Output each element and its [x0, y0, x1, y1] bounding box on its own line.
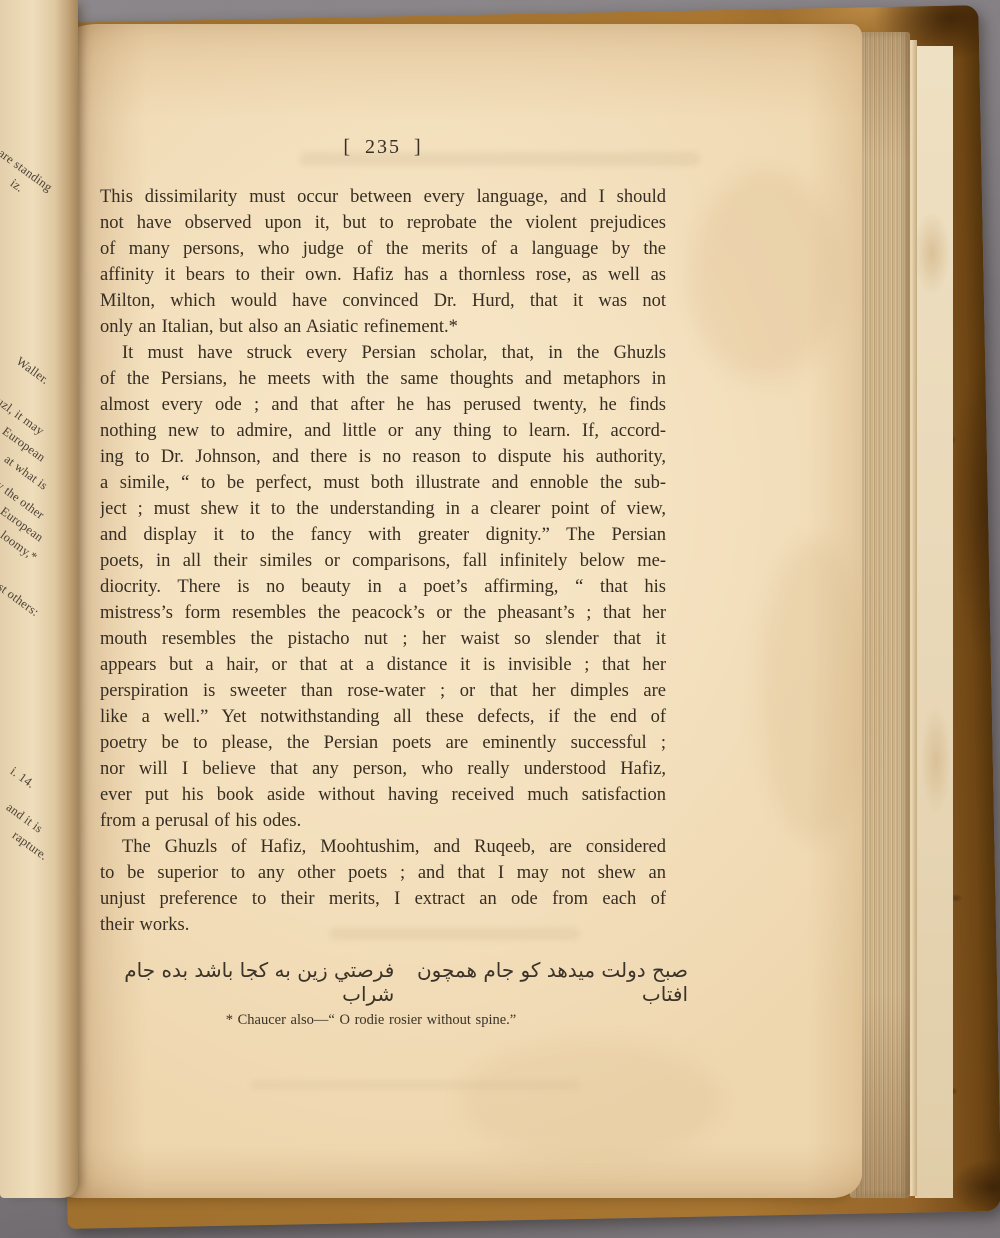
text-line: nothing new to admire, and little or any… [100, 418, 666, 444]
facing-page-text-fragment: and it is [3, 800, 45, 836]
text-line: The Ghuzls of Hafiz, Moohtushim, and Ruq… [100, 834, 666, 860]
text-line: affinity it bears to their own. Hafiz ha… [100, 262, 666, 288]
text-line: ing to Dr. Johnson, and there is no reas… [100, 444, 666, 470]
text-line: poetry be to please, the Persian poets a… [100, 730, 666, 756]
text-line: mouth resembles the pistacho nut ; her w… [100, 626, 666, 652]
text-line: perspiration is sweeter than rose-water … [100, 678, 666, 704]
text-line: and display it to the fancy with greater… [100, 522, 666, 548]
facing-page-text-fragment: i. 14. [7, 764, 37, 792]
text-line: mistress’s form resembles the peacock’s … [100, 600, 666, 626]
book-photograph: { "book_page": { "page_number": "[ 235 ]… [0, 0, 1000, 1238]
text-line: from a perusal of his odes. [100, 808, 666, 834]
body-text: This dissimilarity must occur between ev… [100, 184, 666, 938]
persian-hemistich-second: فرصتي زين به كجا باشد بده جام شراب [96, 958, 394, 1006]
page-number: [ 235 ] [100, 136, 666, 159]
text-line: only an Italian, but also an Asiatic ref… [100, 314, 666, 340]
facing-page-text-fragment: Waller. [13, 354, 52, 388]
text-line: of many persons, who judge of the merits… [100, 236, 666, 262]
persian-hemistich-first: صبح دولت ميدهد كو جام همچون افتاب [394, 958, 688, 1006]
text-line: ject ; must shew it to the understanding… [100, 496, 666, 522]
text-line: unjust preference to their merits, I ext… [100, 886, 666, 912]
text-line: This dissimilarity must occur between ev… [100, 184, 666, 210]
footnote: * Chaucer also—“ O rodie rosier without … [88, 1012, 654, 1029]
text-line: a simile, “ to be perfect, must both ill… [100, 470, 666, 496]
facing-page-text-fragment: gst others: [0, 576, 42, 620]
text-line: their works. [100, 912, 666, 938]
text-line: Milton, which would have convinced Dr. H… [100, 288, 666, 314]
text-line: not have observed upon it, but to reprob… [100, 210, 666, 236]
facing-page-text-fragment: rapture. [9, 828, 50, 864]
text-line: poets, in all their similes or compariso… [100, 548, 666, 574]
text-line: ever put his book aside without having r… [100, 782, 666, 808]
text-line: appears but a hair, or that at a distanc… [100, 652, 666, 678]
text-line: It must have struck every Persian schola… [100, 340, 666, 366]
text-line: diocrity. There is no beauty in a poet’s… [100, 574, 666, 600]
persian-couplet: صبح دولت ميدهد كو جام همچون افتاب فرصتي … [96, 958, 688, 1006]
text-line: of the Persians, he meets with the same … [100, 366, 666, 392]
text-line: nor will I believe that any person, who … [100, 756, 666, 782]
text-line: almost every ode ; and that after he has… [100, 392, 666, 418]
facing-page-edge: are standing iz. Waller. uzl, it may Eur… [0, 0, 78, 1198]
endpaper-edge [915, 46, 953, 1198]
text-line: like a well.” Yet notwithstanding all th… [100, 704, 666, 730]
text-line: to be superior to any other poets ; and … [100, 860, 666, 886]
